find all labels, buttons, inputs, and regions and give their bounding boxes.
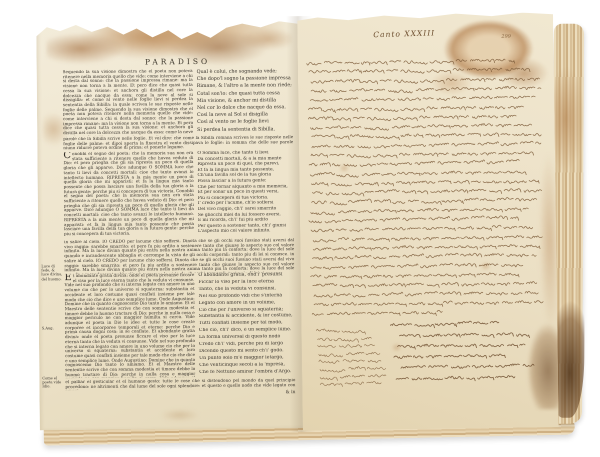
verse-line: Che fe Nettuno amirar l'ombra d'Argo. — [199, 369, 295, 377]
handwritten-line — [397, 340, 523, 351]
handwritten-line — [399, 329, 529, 340]
book-photo: PARADISO Luce di fede, & luce divina, de… — [0, 0, 600, 457]
left-page-printed: PARADISO Luce di fede, & luce divina, de… — [36, 18, 304, 430]
handwritten-line — [319, 379, 385, 389]
verse-line: Nel suo profondo vidi che s'interna — [199, 293, 295, 301]
verse-column: O Somma luce, che tanto ti lieviDa conce… — [197, 150, 294, 236]
margin-note: Come el poeta vide Idio. — [42, 376, 63, 389]
handwritten-line — [395, 373, 514, 384]
open-book: PARADISO Luce di fede, & luce divina, de… — [34, 10, 587, 445]
handwritten-line — [389, 319, 497, 330]
fore-edge-stain — [553, 64, 584, 174]
commentary-column: Et abondante gratia divina: onde el poet… — [64, 273, 195, 378]
commentary-column: Conobbi el segno del poeta: che la memor… — [63, 151, 194, 237]
text-row: Sequendo la sua visione dimostra che el … — [63, 68, 294, 136]
handwritten-line — [312, 308, 442, 319]
verse-column: O abondante gratia, ond'i' presunsiFicca… — [198, 272, 295, 377]
verse-line: Si perdea la sententia di Sibilla. — [197, 126, 293, 134]
handwritten-line — [393, 351, 509, 362]
text-row: Conobbi el segno del poeta: che la memor… — [63, 150, 294, 237]
foxing-spot — [160, 409, 200, 421]
right-page-manuscript: Canto XXXIII 299 — [297, 11, 559, 431]
catchword: & in — [65, 390, 295, 397]
commentary-fullwidth: in salire al cielo. IO CREDO per lacume … — [64, 238, 294, 274]
verse-line: L'aspecto mio col valore infinito. — [198, 228, 294, 234]
folio-number: 299 — [501, 34, 511, 40]
printed-text-block: Sequendo la sua visione dimostra che el … — [63, 68, 296, 397]
commentary-fullwidth: el palliar el gesticular et el humano ge… — [65, 378, 295, 390]
handwritten-line — [400, 362, 532, 373]
verse-column: Qual è colui, che sognando vede;Che dopo… — [197, 68, 294, 135]
margin-note: S.Aug. — [42, 326, 63, 330]
text-row: Et abondante gratia divina: onde el poet… — [64, 272, 295, 378]
margin-note: Luce di fede, & luce divina, del huomo. — [41, 264, 62, 281]
commentary-column: Sequendo la sua visione dimostra che el … — [63, 69, 194, 136]
